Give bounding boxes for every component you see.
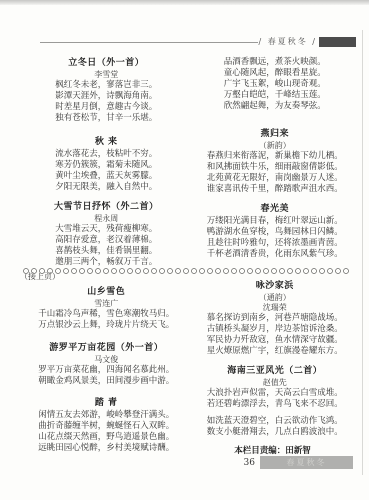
poem-line: 万点银沙云上舞，玲珑片片绕天飞。 [38, 320, 174, 331]
poem-title: 秋 来 [95, 136, 118, 149]
poem-line: 影潭天涯外，诗飘海角南。 [55, 91, 157, 102]
poem-line: 广宇飞玉絮，峻山现奇观。 [224, 79, 326, 90]
scan-edge-right [362, 30, 363, 475]
poem-block: 踏 青闲情五友去郊游，峻岭攀登汗满头。曲折奇藤缠半树，蜿蜒怪石入双眸。山花点缀天… [38, 397, 174, 454]
poem-line: 枫红冬未老，寥落岂非三。 [55, 80, 157, 91]
poem-line: 闲情五友去郊游，峻岭攀登汗满头。 [38, 410, 174, 421]
poem-line: 军民协力歼敌寇，鱼水情深守故疆。 [207, 335, 343, 346]
poem-line: 夕阳无限美，融入自然中。 [55, 182, 157, 193]
poem-block: 游罗平万亩花园（外一首）马文俊罗平万亩菜花幽，四海闻名慕此州。朝瞰金鸡风景美，田… [38, 342, 174, 387]
poem-line: 如洗蓝天澄碧空，白云欲动作飞鸿。 [207, 416, 343, 427]
poem-stanza: 闲情五友去郊游，峻岭攀登汗满头。曲折奇藤缠半树，蜿蜒怪石入双眸。山花点缀天然画，… [38, 410, 174, 454]
column-right: 品酒香飘远，煮茶火映颜。童心随风起，醉眼看星旋。广宇飞玉絮，峻山现奇观。万壑白皑… [197, 57, 354, 454]
scan-edge-top [0, 0, 369, 5]
poem-subtitle: （通韵） [259, 293, 291, 303]
poem-line: 千山霜冷鸟声稀，雪色寒潮牧马归。 [38, 309, 174, 320]
poem-line: 时差星月倒，意趣古今谈。 [55, 102, 157, 113]
poem-line: 流水落花去，枝粘叶不穷。 [55, 149, 157, 160]
scanned-page: / 春夏秋冬 / 立冬日（外一首）李雪堂枫红冬未老，寥落岂非三。影潭天涯外，诗飘… [0, 0, 369, 500]
poem-author: 马文俊 [94, 355, 118, 365]
poem-line: 独有苍松节，甘辛一乐堪。 [55, 113, 157, 124]
poem-title: 游罗平万亩花园（外一首） [49, 342, 163, 355]
footer-brand-box: 春夏秋冬 [260, 456, 353, 469]
poem-author: 程永周 [94, 214, 118, 224]
poem-stanza: 慕名探访到南乡，河巷芦塘隐战场。古镇桥头凝岁月，岸边茶馆诉沧桑。军民协力歼敌寇，… [207, 313, 343, 357]
poem-line: 喜鹊枝头舞，佳肴锅里翻。 [55, 246, 157, 257]
poem-line: 古镇桥头凝岁月，岸边茶馆诉沧桑。 [207, 324, 343, 335]
poem-line: 寒芳仍簇簇，霜菊未随风。 [55, 160, 157, 171]
poem-line: 黄叶尘埃叠，蓝天灰雾朦。 [55, 171, 157, 182]
poem-author: 李雪堂 [94, 70, 118, 80]
poem-title: 春光美 [260, 203, 289, 216]
poem-stanza: 春燕归来衔落泥，新巢檐下幼儿栖。和风拂面铁牛乐，细雨敲窗倩影低。北苑黄花无限好，… [207, 151, 343, 195]
poem-line: 罗平万亩菜花幽，四海闻名慕此州。 [38, 365, 174, 376]
poem-line: 千杯老酒清香贵，化雨东风紫气珍。 [207, 249, 343, 260]
poem-block: 海南三亚风光（二首）赵值先大浪扑岩声似雷，天高云白雪成堆。若还碧屿漂浮去，青鸟飞… [207, 365, 343, 438]
poem-line: 曲折奇藤缠半树，蜿蜒怪石入双眸。 [38, 421, 174, 432]
ornamental-divider [22, 267, 349, 275]
editor-credit: 本栏目责编：田新智 [190, 444, 355, 456]
poem-stanza: 千山霜冷鸟声稀，雪色寒潮牧马归。万点银沙云上舞，玲珑片片绕天飞。 [38, 309, 174, 331]
poem-line: 高阳存爱意，老汉着薄棉。 [55, 235, 157, 246]
poem-line: 品酒香飘远，煮茶火映颜。 [224, 57, 326, 68]
poem-line: 万壑白皑皑，千峰结玉莲。 [224, 90, 326, 101]
poem-title: 大雪节日抒怀（外二首） [54, 201, 159, 214]
poem-line: 童心随风起，醉眼看星旋。 [224, 68, 326, 79]
header-ink-block [319, 37, 356, 47]
poem-stanza: 流水落花去，枝粘叶不穷。寒芳仍簇簇，霜菊未随风。黄叶尘埃叠，蓝天灰雾朦。夕阳无限… [55, 149, 157, 193]
poem-line: 谁家喜讯传千里，醉踏歌声沮水西。 [207, 184, 343, 195]
poem-line: 春燕归来衔落泥，新巢檐下幼儿栖。 [207, 151, 343, 162]
page-number: 36 [244, 458, 255, 468]
poem-line: 慕名探访到南乡，河巷芦塘隐战场。 [207, 313, 343, 324]
footer-row: 36 春夏秋冬 [244, 456, 353, 469]
poem-title: 咏沙家浜 [256, 280, 294, 293]
poem-line: 大浪扑岩声似雷，天高云白雪成堆。 [207, 388, 343, 399]
poem-line: 山花点缀天然画，野鸟逍遥景色幽。 [38, 432, 174, 443]
poem-line: 若还碧屿漂浮去，青鸟飞来不忍回。 [207, 399, 343, 410]
poem-block: 大雪节日抒怀（外二首）程永周大雪堆云天，残荷瘦柳寒。高阳存爱意，老汉着薄棉。喜鹊… [54, 201, 159, 268]
poem-author: 雪连广 [94, 299, 118, 309]
poem-stanza: 枫红冬未老，寥落岂非三。影潭天涯外，诗飘海角南。时差星月倒，意趣古今谈。独有苍松… [55, 80, 157, 124]
poem-line: 星火燎原燃广宇，红旗漫卷耀东方。 [207, 346, 343, 357]
poem-title: 踏 青 [95, 397, 118, 410]
poem-block: 春光美万缕阳光满目春，梅红叶翠远山新。鸭游湖水鱼穿梭，鸟舞园林日闪鳞。且趁往时吟… [207, 203, 343, 260]
poem-line: 北苑黄花无限好，南岗幽景万人迷。 [207, 173, 343, 184]
poem-stanza: 品酒香飘远，煮茶火映颜。童心随风起，醉眼看星旋。广宇飞玉絮，峻山现奇观。万壑白皑… [224, 57, 326, 112]
poem-line: 和风拂面铁牛乐，细雨敲窗倩影低。 [207, 162, 343, 173]
poem-line: 远眺田园心悦醉，乡村美境赋诗酬。 [38, 443, 174, 454]
section-header: / 春夏秋冬 / [259, 36, 317, 47]
poem-line: 鸭游湖水鱼穿梭，鸟舞园林日闪鳞。 [207, 227, 343, 238]
poem-title: 海南三亚风光（二首） [227, 365, 322, 378]
poem-line: 万缕阳光满目春，梅红叶翠远山新。 [207, 216, 343, 227]
poem-title: 山乡雪色 [87, 286, 125, 299]
poem-columns: 立冬日（外一首）李雪堂枫红冬未老，寥落岂非三。影潭天涯外，诗飘海角南。时差星月倒… [28, 57, 353, 454]
poem-line: 欣然翩起舞，为友奏琴弦。 [224, 101, 326, 112]
header-rule [40, 42, 258, 43]
poem-block: 咏沙家浜（通韵）沈瑞荣慕名探访到南乡，河巷芦塘隐战场。古镇桥头凝岁月，岸边茶馆诉… [207, 280, 343, 357]
poem-stanza: 万缕阳光满目春，梅红叶翠远山新。鸭游湖水鱼穿梭，鸟舞园林日闪鳞。且趁往时吟雅句，… [207, 216, 343, 260]
poem-line: 朝瞰金鸡风景美，田间漫步画中游。 [38, 376, 174, 387]
poem-subtitle: （新韵） [259, 141, 291, 151]
poem-line: 大雪堆云天，残荷瘦柳寒。 [55, 224, 157, 235]
poem-stanza: 大浪扑岩声似雷，天高云白雪成堆。若还碧屿漂浮去，青鸟飞来不忍回。 [207, 388, 343, 410]
poem-author: 赵值先 [263, 378, 287, 388]
poem-stanza: 大雪堆云天，残荷瘦柳寒。高阳存爱意，老汉着薄棉。喜鹊枝头舞，佳肴锅里翻。邀朋三两… [55, 224, 157, 268]
poem-block: 立冬日（外一首）李雪堂枫红冬未老，寥落岂非三。影潭天涯外，诗飘海角南。时差星月倒… [55, 57, 157, 124]
poem-line: 且趁往时吟雅句，还将浓墨画青茵。 [207, 238, 343, 249]
column-left: 立冬日（外一首）李雪堂枫红冬未老，寥落岂非三。影潭天涯外，诗飘海角南。时差星月倒… [28, 57, 185, 454]
poem-author: 沈瑞荣 [263, 303, 287, 313]
poem-stanza: 罗平万亩菜花幽，四海闻名慕此州。朝瞰金鸡风景美，田间漫步画中游。 [38, 365, 174, 387]
poem-block: 品酒香飘远，煮茶火映颜。童心随风起，醉眼看星旋。广宇飞玉絮，峻山现奇观。万壑白皑… [224, 57, 326, 112]
poem-stanza: 如洗蓝天澄碧空，白云欲动作飞鸿。数支小艇滑翔去，几点白鸥波浪中。 [207, 416, 343, 438]
poem-block: 燕归来（新韵）春燕归来衔落泥，新巢檐下幼儿栖。和风拂面铁牛乐，细雨敲窗倩影低。北… [207, 128, 343, 195]
poem-line: 数支小艇滑翔去，几点白鸥波浪中。 [207, 427, 343, 438]
poem-block: 山乡雪色雪连广千山霜冷鸟声稀，雪色寒潮牧马归。万点银沙云上舞，玲珑片片绕天飞。 [38, 286, 174, 331]
poem-block: 秋 来流水落花去，枝粘叶不穷。寒芳仍簇簇，霜菊未随风。黄叶尘埃叠，蓝天灰雾朦。夕… [55, 136, 157, 193]
poem-title: 立冬日（外一首） [68, 57, 144, 70]
poem-title: 燕归来 [260, 128, 289, 141]
footer-brand-text: 春夏秋冬 [287, 457, 327, 468]
